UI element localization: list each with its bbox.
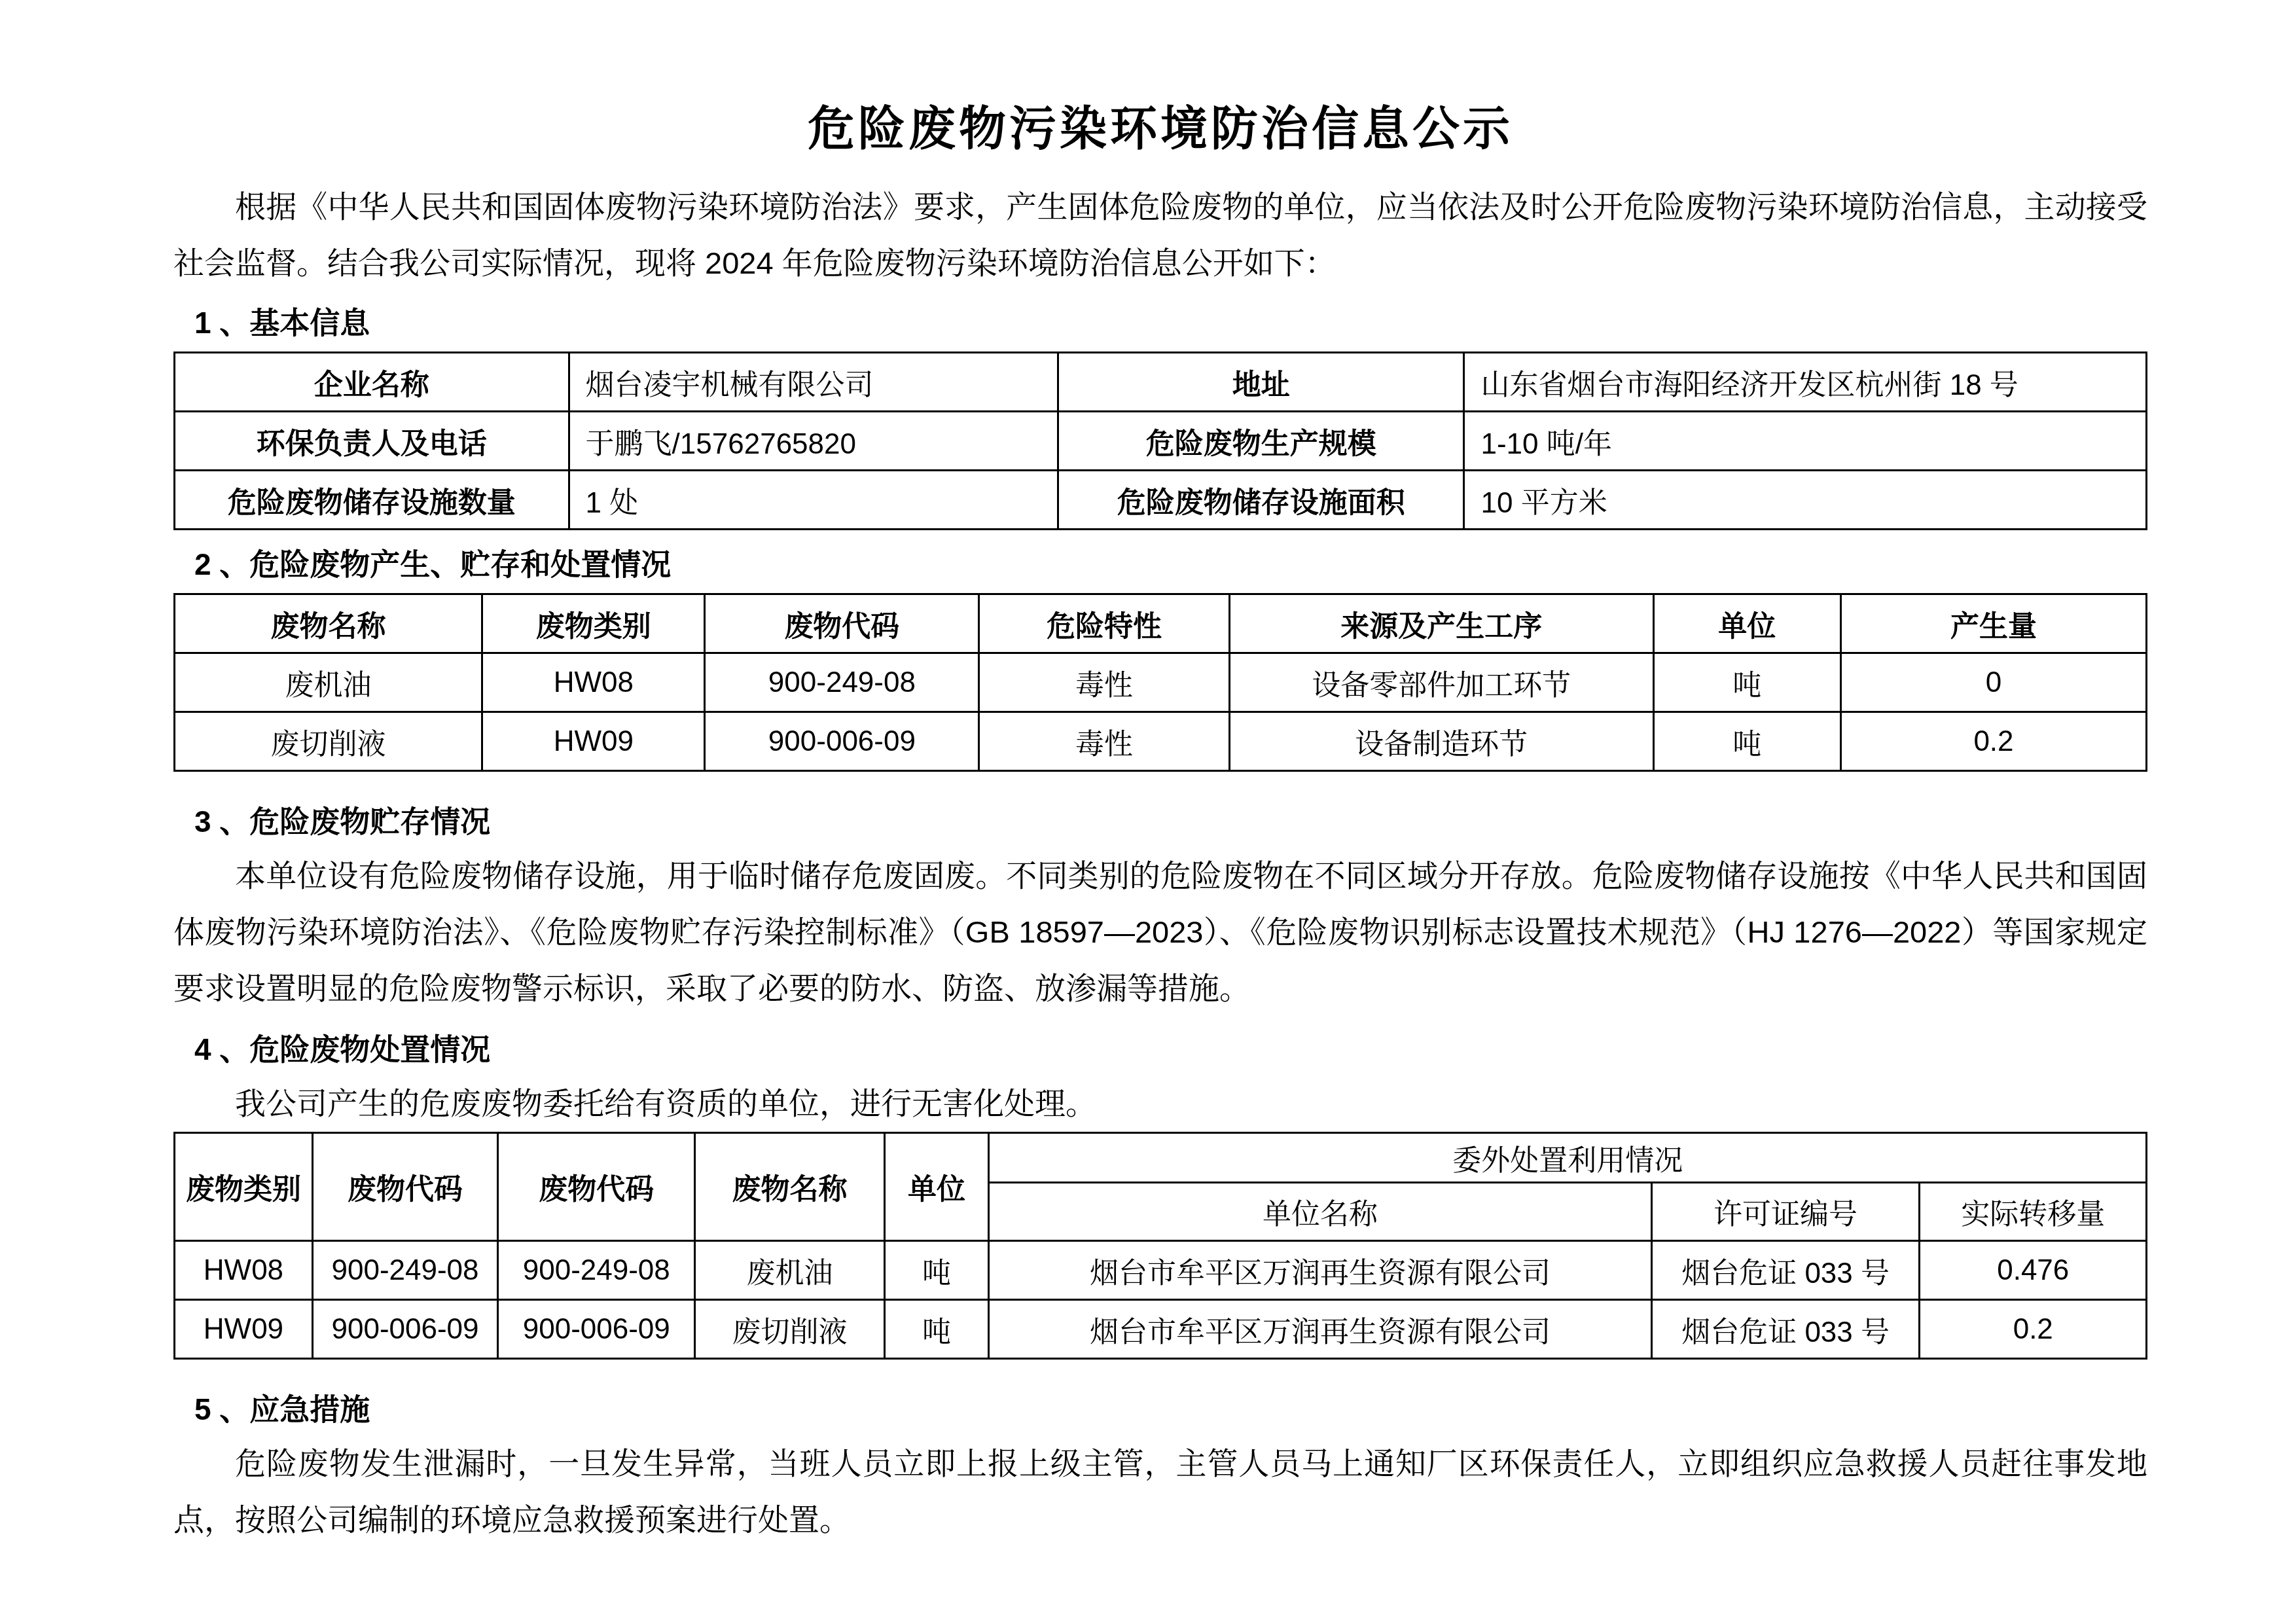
field-value: 山东省烟台市海阳经济开发区杭州街 18 号	[1464, 353, 2147, 412]
table-cell: 烟台危证 033 号	[1651, 1300, 1920, 1359]
column-header: 实际转移量	[1920, 1183, 2147, 1241]
table-row: HW08 900-249-08 900-249-08 废机油 吨 烟台市牟平区万…	[175, 1241, 2147, 1300]
table-cell: 设备制造环节	[1229, 712, 1653, 771]
emergency-paragraph: 危险废物发生泄漏时，一旦发生异常，当班人员立即上报上级主管，主管人员马上通知厂区…	[173, 1435, 2147, 1548]
column-header: 废物代码	[498, 1133, 695, 1241]
table-cell: 0.2	[1920, 1300, 2147, 1359]
column-header: 产生量	[1840, 594, 2146, 653]
table-cell: 900-006-09	[312, 1300, 497, 1359]
section-heading-storage: 3 、危险废物贮存情况	[173, 795, 2147, 848]
field-value: 1-10 吨/年	[1464, 412, 2147, 471]
table-header-row: 废物名称 废物类别 废物代码 危险特性 来源及产生工序 单位 产生量	[175, 594, 2147, 653]
table-cell: 吨	[1653, 712, 1840, 771]
table-row: 废机油 HW08 900-249-08 毒性 设备零部件加工环节 吨 0	[175, 653, 2147, 712]
section-heading-basic-info: 1 、基本信息	[173, 297, 2147, 349]
table-cell: 吨	[884, 1241, 989, 1300]
column-group-header: 委外处置利用情况	[989, 1133, 2147, 1183]
section-heading-waste-generation: 2 、危险废物产生、贮存和处置情况	[173, 538, 2147, 590]
field-value: 1 处	[569, 471, 1058, 530]
field-label: 环保负责人及电话	[175, 412, 569, 471]
table-cell: 900-006-09	[705, 712, 979, 771]
column-header: 废物代码	[705, 594, 979, 653]
section-heading-emergency: 5 、应急措施	[173, 1383, 2147, 1435]
column-header: 废物代码	[312, 1133, 497, 1241]
table-cell: HW08	[175, 1241, 313, 1300]
field-value: 于鹏飞/15762765820	[569, 412, 1058, 471]
table-cell: 900-249-08	[498, 1241, 695, 1300]
table-cell: 吨	[884, 1300, 989, 1359]
table-cell: 毒性	[979, 712, 1230, 771]
page-title: 危险废物污染环境防治信息公示	[173, 98, 2147, 160]
field-label: 危险废物储存设施面积	[1058, 471, 1464, 530]
table-cell: 烟台市牟平区万润再生资源有限公司	[989, 1241, 1651, 1300]
document-page: 危险废物污染环境防治信息公示 根据《中华人民共和国固体废物污染环境防治法》要求，…	[0, 0, 2296, 1624]
column-header: 废物名称	[695, 1133, 884, 1241]
table-cell: 烟台市牟平区万润再生资源有限公司	[989, 1300, 1651, 1359]
column-header: 许可证编号	[1651, 1183, 1920, 1241]
field-label: 危险废物储存设施数量	[175, 471, 569, 530]
table-cell: 900-006-09	[498, 1300, 695, 1359]
column-header: 来源及产生工序	[1229, 594, 1653, 653]
table-cell: 900-249-08	[705, 653, 979, 712]
column-header: 单位	[884, 1133, 989, 1241]
field-label: 危险废物生产规模	[1058, 412, 1464, 471]
column-header: 废物类别	[175, 1133, 313, 1241]
waste-generation-table: 废物名称 废物类别 废物代码 危险特性 来源及产生工序 单位 产生量 废机油 H…	[173, 593, 2147, 772]
table-cell: 烟台危证 033 号	[1651, 1241, 1920, 1300]
field-label: 企业名称	[175, 353, 569, 412]
column-header: 单位名称	[989, 1183, 1651, 1241]
basic-info-table: 企业名称 烟台凌宇机械有限公司 地址 山东省烟台市海阳经济开发区杭州街 18 号…	[173, 352, 2147, 530]
table-row: 废切削液 HW09 900-006-09 毒性 设备制造环节 吨 0.2	[175, 712, 2147, 771]
column-header: 危险特性	[979, 594, 1230, 653]
table-cell: HW09	[175, 1300, 313, 1359]
section-heading-disposal: 4 、危险废物处置情况	[173, 1023, 2147, 1075]
field-value: 烟台凌宇机械有限公司	[569, 353, 1058, 412]
disposal-paragraph: 我公司产生的危废废物委托给有资质的单位，进行无害化处理。	[173, 1075, 2147, 1132]
table-cell: 900-249-08	[312, 1241, 497, 1300]
table-cell: 毒性	[979, 653, 1230, 712]
table-cell: 废机油	[695, 1241, 884, 1300]
field-value: 10 平方米	[1464, 471, 2147, 530]
table-cell: 废机油	[175, 653, 482, 712]
table-cell: 废切削液	[695, 1300, 884, 1359]
table-header-row: 废物类别 废物代码 废物代码 废物名称 单位 委外处置利用情况	[175, 1133, 2147, 1183]
table-cell: 0	[1840, 653, 2146, 712]
table-cell: HW09	[482, 712, 705, 771]
column-header: 废物类别	[482, 594, 705, 653]
table-cell: 0.476	[1920, 1241, 2147, 1300]
table-cell: HW08	[482, 653, 705, 712]
table-row: HW09 900-006-09 900-006-09 废切削液 吨 烟台市牟平区…	[175, 1300, 2147, 1359]
disposal-table: 废物类别 废物代码 废物代码 废物名称 单位 委外处置利用情况 单位名称 许可证…	[173, 1132, 2147, 1360]
table-cell: 设备零部件加工环节	[1229, 653, 1653, 712]
table-row: 企业名称 烟台凌宇机械有限公司 地址 山东省烟台市海阳经济开发区杭州街 18 号	[175, 353, 2147, 412]
column-header: 单位	[1653, 594, 1840, 653]
field-label: 地址	[1058, 353, 1464, 412]
table-cell: 废切削液	[175, 712, 482, 771]
storage-paragraph: 本单位设有危险废物储存设施，用于临时储存危废固废。不同类别的危险废物在不同区域分…	[173, 848, 2147, 1017]
table-cell: 0.2	[1840, 712, 2146, 771]
table-row: 环保负责人及电话 于鹏飞/15762765820 危险废物生产规模 1-10 吨…	[175, 412, 2147, 471]
table-cell: 吨	[1653, 653, 1840, 712]
column-header: 废物名称	[175, 594, 482, 653]
intro-paragraph: 根据《中华人民共和国固体废物污染环境防治法》要求，产生固体危险废物的单位，应当依…	[173, 179, 2147, 291]
table-row: 危险废物储存设施数量 1 处 危险废物储存设施面积 10 平方米	[175, 471, 2147, 530]
